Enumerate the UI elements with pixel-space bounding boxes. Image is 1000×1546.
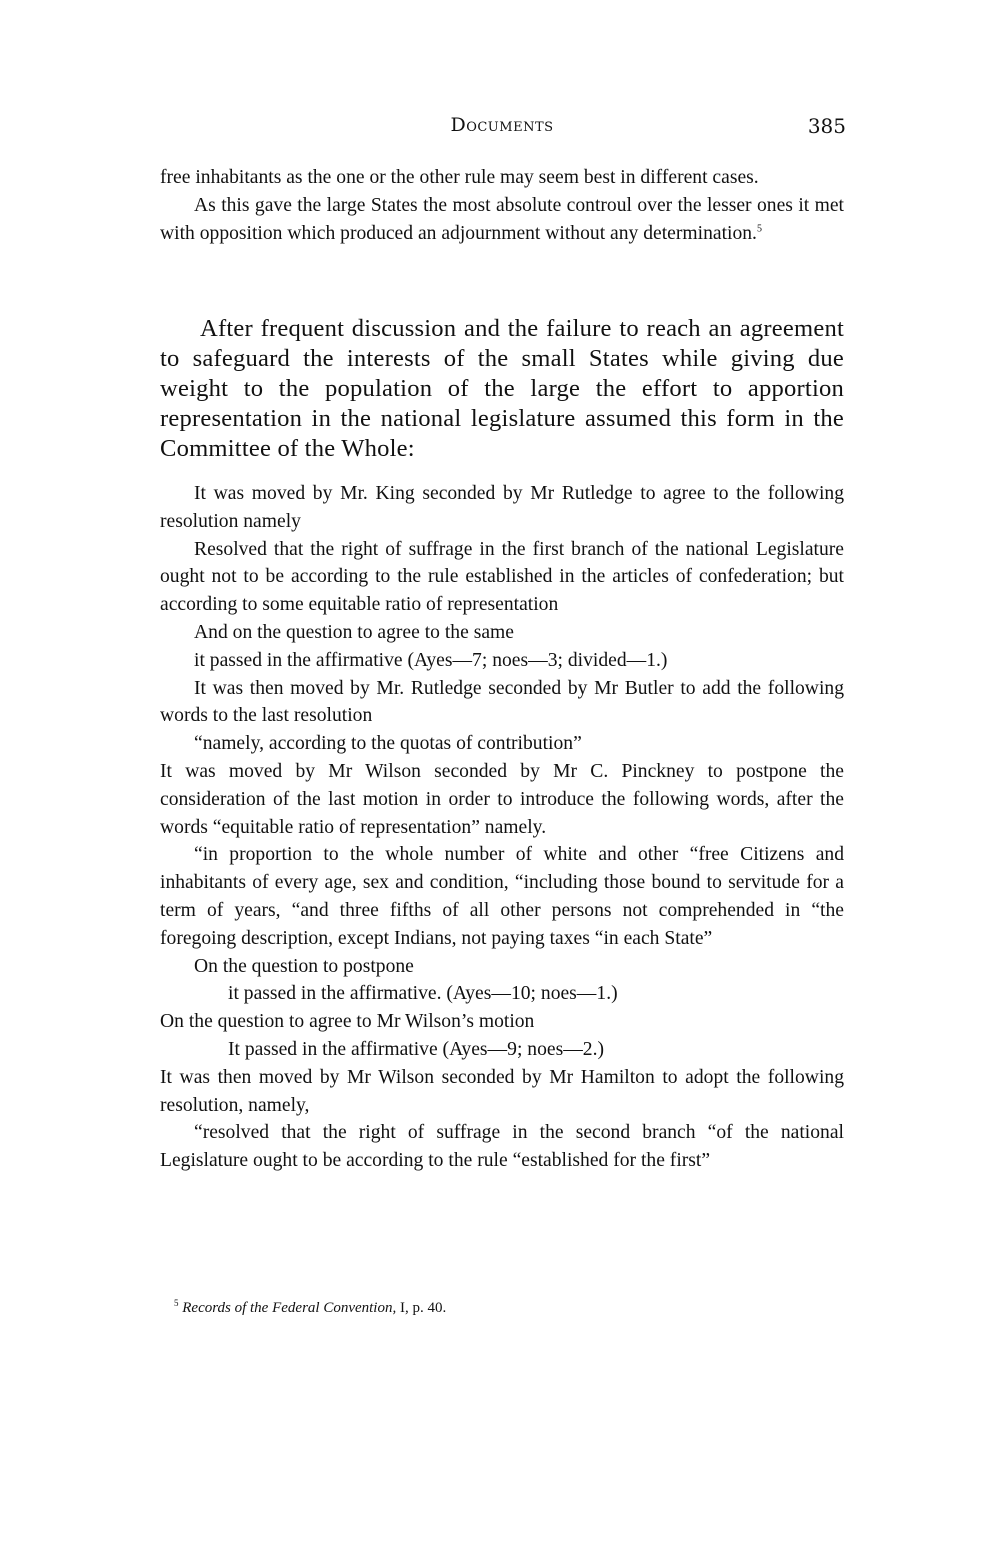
running-title: Documents [160,114,844,136]
record-paragraph: On the question to agree to Mr Wilson’s … [160,1008,844,1036]
record-paragraph: it passed in the affirmative. (Ayes—10; … [160,980,844,1008]
record-paragraph: Resolved that the right of suffrage in t… [160,536,844,619]
record-paragraph: “namely, according to the quotas of cont… [160,730,844,758]
record-paragraph: It was then moved by Mr. Rutledge second… [160,675,844,731]
record-paragraph: “resolved that the right of suffrage in … [160,1119,844,1175]
record-paragraph: “in proportion to the whole number of wh… [160,841,844,952]
footnote-ref: 5 [757,223,762,234]
top-text-block: free inhabitants as the one or the other… [160,164,844,247]
record-paragraph: It was then moved by Mr Wilson seconded … [160,1064,844,1120]
paragraph-adjournment: As this gave the large States the most a… [160,192,844,248]
record-paragraph: it passed in the affirmative (Ayes—7; no… [160,647,844,675]
record-paragraph: It was moved by Mr. King seconded by Mr … [160,480,844,536]
record-paragraph: It was moved by Mr Wilson seconded by Mr… [160,758,844,841]
convention-record: It was moved by Mr. King seconded by Mr … [160,480,844,1175]
footnote-title: Records of the Federal Convention, [182,1300,396,1316]
paragraph-continuation: free inhabitants as the one or the other… [160,164,844,192]
footnote-number: 5 [174,1298,179,1308]
lead-paragraph: After frequent discussion and the failur… [160,314,844,464]
record-paragraph: And on the question to agree to the same [160,619,844,647]
record-paragraph: On the question to postpone [160,953,844,981]
page-number: 385 [808,114,846,138]
footnote: 5 Records of the Federal Convention, I, … [174,1298,446,1317]
record-paragraph: It passed in the affirmative (Ayes—9; no… [160,1036,844,1064]
footnote-citation: I, p. 40. [396,1300,446,1316]
running-head: Documents 385 [160,114,844,144]
